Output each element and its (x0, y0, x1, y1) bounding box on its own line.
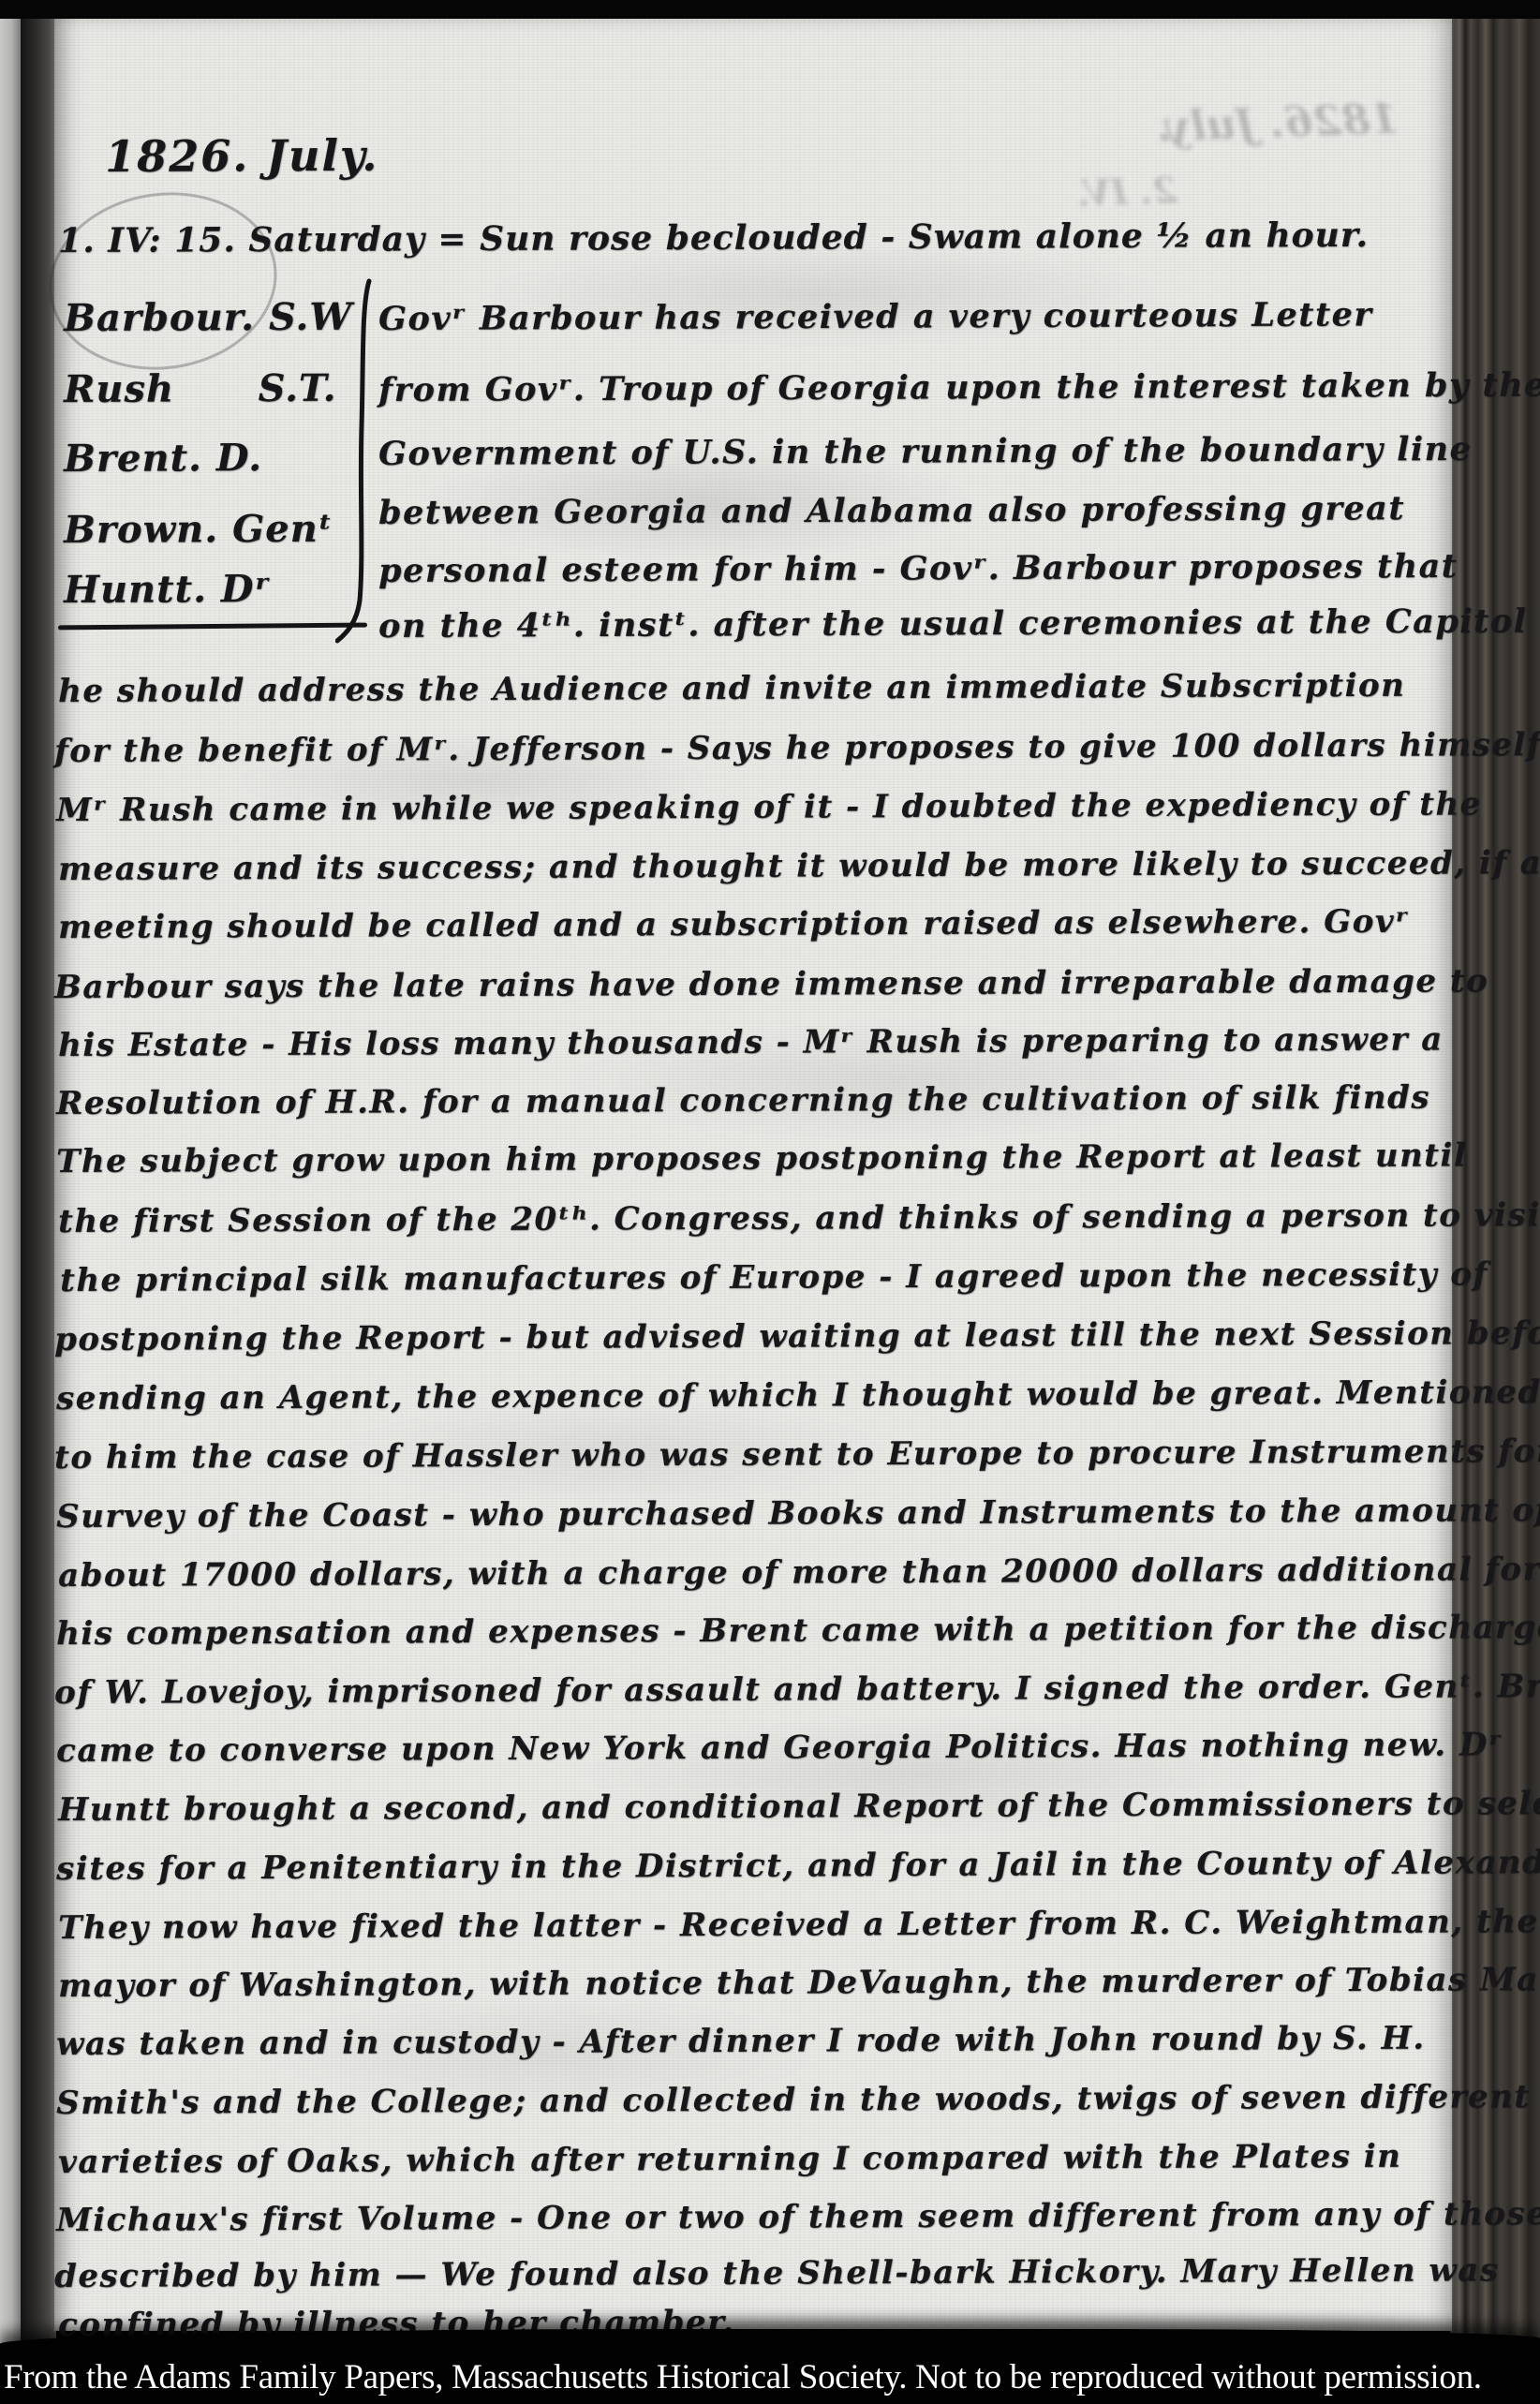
manuscript-line: was taken and in custody - After dinner … (56, 2020, 1426, 2063)
bleedthrough-text: 2. IV. (1076, 169, 1177, 215)
manuscript-line: They now have fixed the latter - Receive… (58, 1903, 1539, 1947)
ink-circle-doodle (37, 178, 289, 384)
manuscript-line: measure and its success; and thought it … (58, 844, 1540, 888)
scan-top-border (0, 0, 1540, 19)
manuscript-line: The subject grow upon him proposes postp… (56, 1136, 1467, 1180)
margin-brace (335, 277, 384, 645)
margin-name: Barbour. S.W (64, 295, 352, 340)
manuscript-line: sending an Agent, the expence of which I… (56, 1373, 1540, 1417)
credit-caption: From the Adams Family Papers, Massachuse… (4, 2357, 1536, 2397)
manuscript-line: for the benefit of Mʳ. Jefferson - Says … (54, 726, 1540, 770)
manuscript-line: Resolution of H.R. for a manual concerni… (56, 1079, 1430, 1122)
manuscript-line: Mʳ Rush came in while we speaking of it … (56, 785, 1482, 829)
manuscript-line: his Estate - His loss many thousands - M… (58, 1021, 1444, 1064)
bleedthrough-text: 1826. July. (1156, 96, 1399, 152)
manuscript-line: came to converse upon New York and Georg… (56, 1726, 1503, 1770)
manuscript-line: Govʳ Barbour has received a very courteo… (378, 295, 1372, 338)
manuscript-line: described by him — We found also the She… (54, 2251, 1499, 2295)
manuscript-line: personal esteem for him - Govʳ. Barbour … (378, 547, 1459, 590)
manuscript-line: between Georgia and Alabama also profess… (378, 489, 1405, 532)
manuscript-line: Smith's and the College; and collected i… (56, 2078, 1531, 2122)
manuscript-line: of W. Lovejoy, imprisoned for assault an… (54, 1668, 1540, 1712)
manuscript-line: the first Session of the 20ᵗʰ. Congress,… (58, 1196, 1540, 1240)
entry-opening-line: 1. IV: 15. Saturday = Sun rose beclouded… (58, 215, 1369, 260)
manuscript-line: from Govʳ. Troup of Georgia upon the int… (378, 366, 1540, 409)
scanned-diary-page: { "scan": { "credit": "From the Adams Fa… (0, 0, 1540, 2404)
manuscript-line: Survey of the Coast - who purchased Book… (56, 1491, 1540, 1536)
margin-name: Huntt. Dʳ (64, 567, 271, 612)
manuscript-line: Huntt brought a second, and conditional … (58, 1785, 1540, 1829)
manuscript-line: Government of U.S. in the running of the… (378, 430, 1472, 473)
manuscript-line: he should address the Audience and invit… (58, 667, 1405, 710)
manuscript-line: on the 4ᵗʰ. instᵗ. after the usual cerem… (378, 602, 1528, 646)
manuscript-line: sites for a Penitentiary in the District… (56, 1844, 1540, 1888)
margin-underline (58, 623, 367, 631)
manuscript-line: Barbour says the late rains have done im… (54, 962, 1488, 1006)
manuscript-line: mayor of Washington, with notice that De… (58, 1961, 1540, 2005)
manuscript-line: postponing the Report - but advised wait… (54, 1314, 1540, 1358)
margin-name: Brent. D. (64, 436, 262, 481)
manuscript-line: meeting should be called and a subscript… (58, 903, 1410, 946)
manuscript-line: varieties of Oaks, which after returning… (58, 2138, 1401, 2181)
margin-name: Rush S.T. (64, 366, 337, 411)
manuscript-line: to him the case of Hassler who was sent … (54, 1432, 1540, 1477)
manuscript-line: about 17000 dollars, with a charge of mo… (58, 1551, 1540, 1595)
margin-name: Brown. Genᵗ (64, 507, 333, 552)
manuscript-line: his compensation and expenses - Brent ca… (56, 1609, 1540, 1653)
handwriting-layer: 1826. July. 2. IV. 1826. July. 1. IV: 15… (0, 0, 1540, 2404)
date-heading: 1826. July. (105, 130, 378, 182)
manuscript-line: the principal silk manufactures of Europ… (60, 1255, 1488, 1299)
manuscript-line: Michaux's first Volume - One or two of t… (56, 2195, 1540, 2239)
